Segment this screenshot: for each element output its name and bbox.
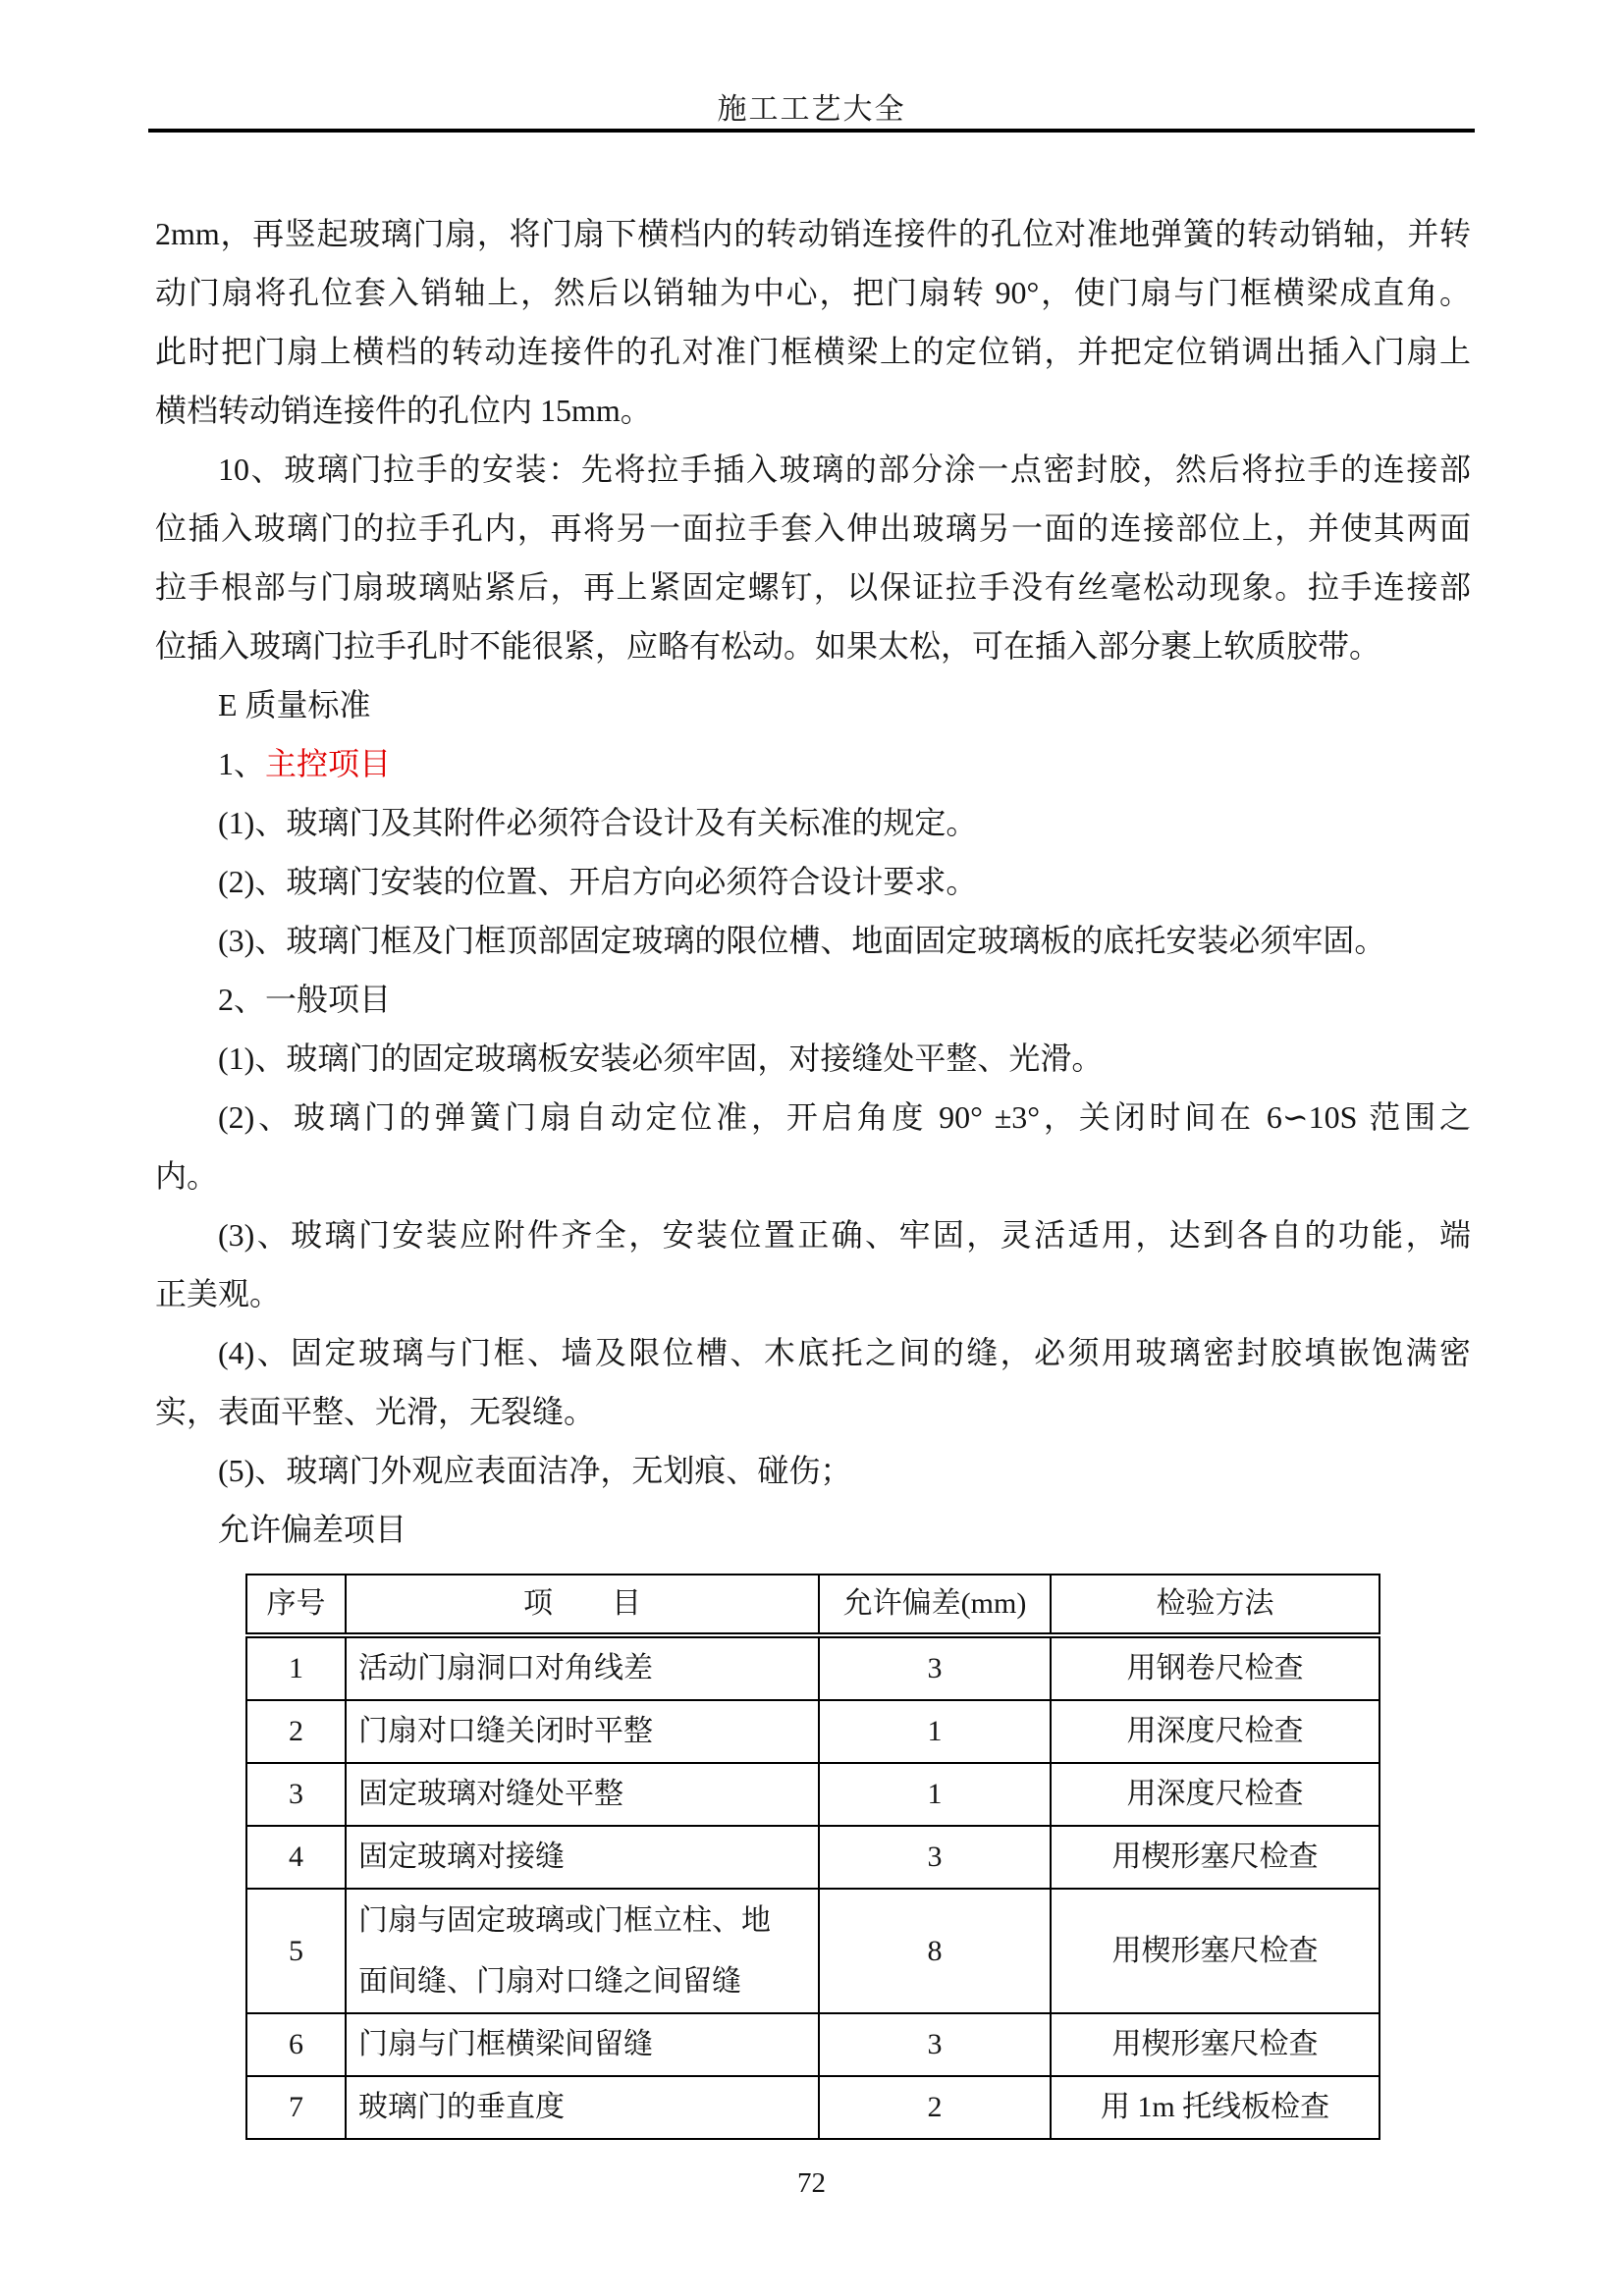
cell-method: 用深度尺检查 [1051, 1763, 1380, 1826]
cell-number: 4 [246, 1826, 346, 1889]
cell-method: 用楔形塞尺检查 [1051, 2013, 1380, 2076]
document-page: 施工工艺大全 2mm，再竖起玻璃门扇，将门扇下横档内的转动销连接件的孔位对准地弹… [0, 0, 1623, 2296]
table-row: 7玻璃门的垂直度2用 1m 托线板检查 [246, 2076, 1380, 2139]
cell-item: 活动门扇洞口对角线差 [346, 1635, 819, 1700]
text-line: 内。 [155, 1147, 1471, 1205]
cell-deviation: 8 [819, 1889, 1051, 2013]
text-line: 1、主控项目 [155, 734, 1471, 793]
text-line: 2、一般项目 [155, 970, 1471, 1029]
cell-item: 固定玻璃对缝处平整 [346, 1763, 819, 1826]
text-line: (2)、玻璃门安装的位置、开启方向必须符合设计要求。 [155, 852, 1471, 911]
table-row: 5门扇与固定玻璃或门框立柱、地 面间缝、门扇对口缝之间留缝8用楔形塞尺检查 [246, 1889, 1380, 2013]
cell-number: 2 [246, 1700, 346, 1763]
text-line: 10、玻璃门拉手的安装：先将拉手插入玻璃的部分涂一点密封胶，然后将拉手的连接部 [155, 440, 1471, 499]
text-line: (3)、玻璃门框及门框顶部固定玻璃的限位槽、地面固定玻璃板的底托安装必须牢固。 [155, 911, 1471, 970]
cell-deviation: 3 [819, 1826, 1051, 1889]
text-line: (2)、玻璃门的弹簧门扇自动定位准，开启角度 90° ±3°，关闭时间在 6∽1… [155, 1088, 1471, 1147]
cell-method: 用深度尺检查 [1051, 1700, 1380, 1763]
paragraph: (3)、玻璃门框及门框顶部固定玻璃的限位槽、地面固定玻璃板的底托安装必须牢固。 [155, 911, 1471, 970]
cell-number: 7 [246, 2076, 346, 2139]
paragraph: (2)、玻璃门安装的位置、开启方向必须符合设计要求。 [155, 852, 1471, 911]
cell-item: 门扇与固定玻璃或门框立柱、地 面间缝、门扇对口缝之间留缝 [346, 1889, 819, 2013]
text-line: E 质量标准 [155, 675, 1471, 734]
cell-method: 用 1m 托线板检查 [1051, 2076, 1380, 2139]
text-line: (5)、玻璃门外观应表面洁净，无划痕、碰伤； [155, 1441, 1471, 1500]
paragraph: (3)、玻璃门安装应附件齐全，安装位置正确、牢固，灵活适用，达到各自的功能，端正… [155, 1205, 1471, 1323]
paragraph: 2mm，再竖起玻璃门扇，将门扇下横档内的转动销连接件的孔位对准地弹簧的转动销轴，… [155, 204, 1471, 440]
paragraph: (2)、玻璃门的弹簧门扇自动定位准，开启角度 90° ±3°，关闭时间在 6∽1… [155, 1088, 1471, 1205]
cell-deviation: 1 [819, 1763, 1051, 1826]
cell-deviation: 3 [819, 2013, 1051, 2076]
col-header-deviation: 允许偏差(mm) [819, 1575, 1051, 1635]
text-line: (3)、玻璃门安装应附件齐全，安装位置正确、牢固，灵活适用，达到各自的功能，端 [155, 1205, 1471, 1264]
table-row: 6门扇与门框横梁间留缝3用楔形塞尺检查 [246, 2013, 1380, 2076]
header-divider [148, 129, 1475, 133]
text-line: 此时把门扇上横档的转动连接件的孔对准门框横梁上的定位销，并把定位销调出插入门扇上 [155, 322, 1471, 381]
text-line: (4)、固定玻璃与门框、墙及限位槽、木底托之间的缝，必须用玻璃密封胶填嵌饱满密 [155, 1323, 1471, 1382]
table-row: 3固定玻璃对缝处平整1用深度尺检查 [246, 1763, 1380, 1826]
cell-deviation: 1 [819, 1700, 1051, 1763]
paragraph: (5)、玻璃门外观应表面洁净，无划痕、碰伤； [155, 1441, 1471, 1500]
cell-number: 5 [246, 1889, 346, 2013]
cell-method: 用楔形塞尺检查 [1051, 1826, 1380, 1889]
cell-deviation: 3 [819, 1635, 1051, 1700]
col-header-item: 项 目 [346, 1575, 819, 1635]
text-line: 实，表面平整、光滑，无裂缝。 [155, 1382, 1471, 1441]
paragraph: (1)、玻璃门的固定玻璃板安装必须牢固，对接缝处平整、光滑。 [155, 1029, 1471, 1088]
paragraph: 1、主控项目 [155, 734, 1471, 793]
cell-number: 6 [246, 2013, 346, 2076]
text-line: (1)、玻璃门及其附件必须符合设计及有关标准的规定。 [155, 793, 1471, 852]
body-text: 2mm，再竖起玻璃门扇，将门扇下横档内的转动销连接件的孔位对准地弹簧的转动销轴，… [155, 204, 1471, 1559]
cell-method: 用钢卷尺检查 [1051, 1635, 1380, 1700]
cell-item: 门扇对口缝关闭时平整 [346, 1700, 819, 1763]
cell-item: 固定玻璃对接缝 [346, 1826, 819, 1889]
paragraph: 2、一般项目 [155, 970, 1471, 1029]
text-line: 位插入玻璃门的拉手孔内，再将另一面拉手套入伸出玻璃另一面的连接部位上，并使其两面 [155, 499, 1471, 558]
table-row: 4固定玻璃对接缝3用楔形塞尺检查 [246, 1826, 1380, 1889]
table-row: 1活动门扇洞口对角线差3用钢卷尺检查 [246, 1635, 1380, 1700]
text-line: 横档转动销连接件的孔位内 15mm。 [155, 381, 1471, 440]
table-row: 2门扇对口缝关闭时平整1用深度尺检查 [246, 1700, 1380, 1763]
text-line: 拉手根部与门扇玻璃贴紧后，再上紧固定螺钉，以保证拉手没有丝毫松动现象。拉手连接部 [155, 558, 1471, 616]
col-header-method: 检验方法 [1051, 1575, 1380, 1635]
paragraph: (4)、固定玻璃与门框、墙及限位槽、木底托之间的缝，必须用玻璃密封胶填嵌饱满密实… [155, 1323, 1471, 1441]
text-line: (1)、玻璃门的固定玻璃板安装必须牢固，对接缝处平整、光滑。 [155, 1029, 1471, 1088]
col-header-number: 序号 [246, 1575, 346, 1635]
table-header-row: 序号 项 目 允许偏差(mm) 检验方法 [246, 1575, 1380, 1635]
text-line: 允许偏差项目 [155, 1500, 1471, 1559]
cell-number: 1 [246, 1635, 346, 1700]
text-line: 动门扇将孔位套入销轴上，然后以销轴为中心，把门扇转 90°，使门扇与门框横梁成直… [155, 263, 1471, 322]
text-line: 2mm，再竖起玻璃门扇，将门扇下横档内的转动销连接件的孔位对准地弹簧的转动销轴，… [155, 204, 1471, 263]
cell-item: 玻璃门的垂直度 [346, 2076, 819, 2139]
text-line: 正美观。 [155, 1264, 1471, 1323]
text-run: 主控项目 [265, 746, 391, 781]
paragraph: 10、玻璃门拉手的安装：先将拉手插入玻璃的部分涂一点密封胶，然后将拉手的连接部位… [155, 440, 1471, 675]
text-line: 位插入玻璃门拉手孔时不能很紧，应略有松动。如果太松，可在插入部分裹上软质胶带。 [155, 616, 1471, 675]
paragraph: (1)、玻璃门及其附件必须符合设计及有关标准的规定。 [155, 793, 1471, 852]
paragraph: 允许偏差项目 [155, 1500, 1471, 1559]
cell-deviation: 2 [819, 2076, 1051, 2139]
page-number: 72 [0, 2167, 1623, 2200]
cell-item: 门扇与门框横梁间留缝 [346, 2013, 819, 2076]
text-run: 1、 [218, 746, 265, 781]
page-header-title: 施工工艺大全 [0, 84, 1623, 128]
cell-method: 用楔形塞尺检查 [1051, 1889, 1380, 2013]
tolerance-table: 序号 项 目 允许偏差(mm) 检验方法 1活动门扇洞口对角线差3用钢卷尺检查2… [245, 1574, 1380, 2140]
cell-number: 3 [246, 1763, 346, 1826]
paragraph: E 质量标准 [155, 675, 1471, 734]
